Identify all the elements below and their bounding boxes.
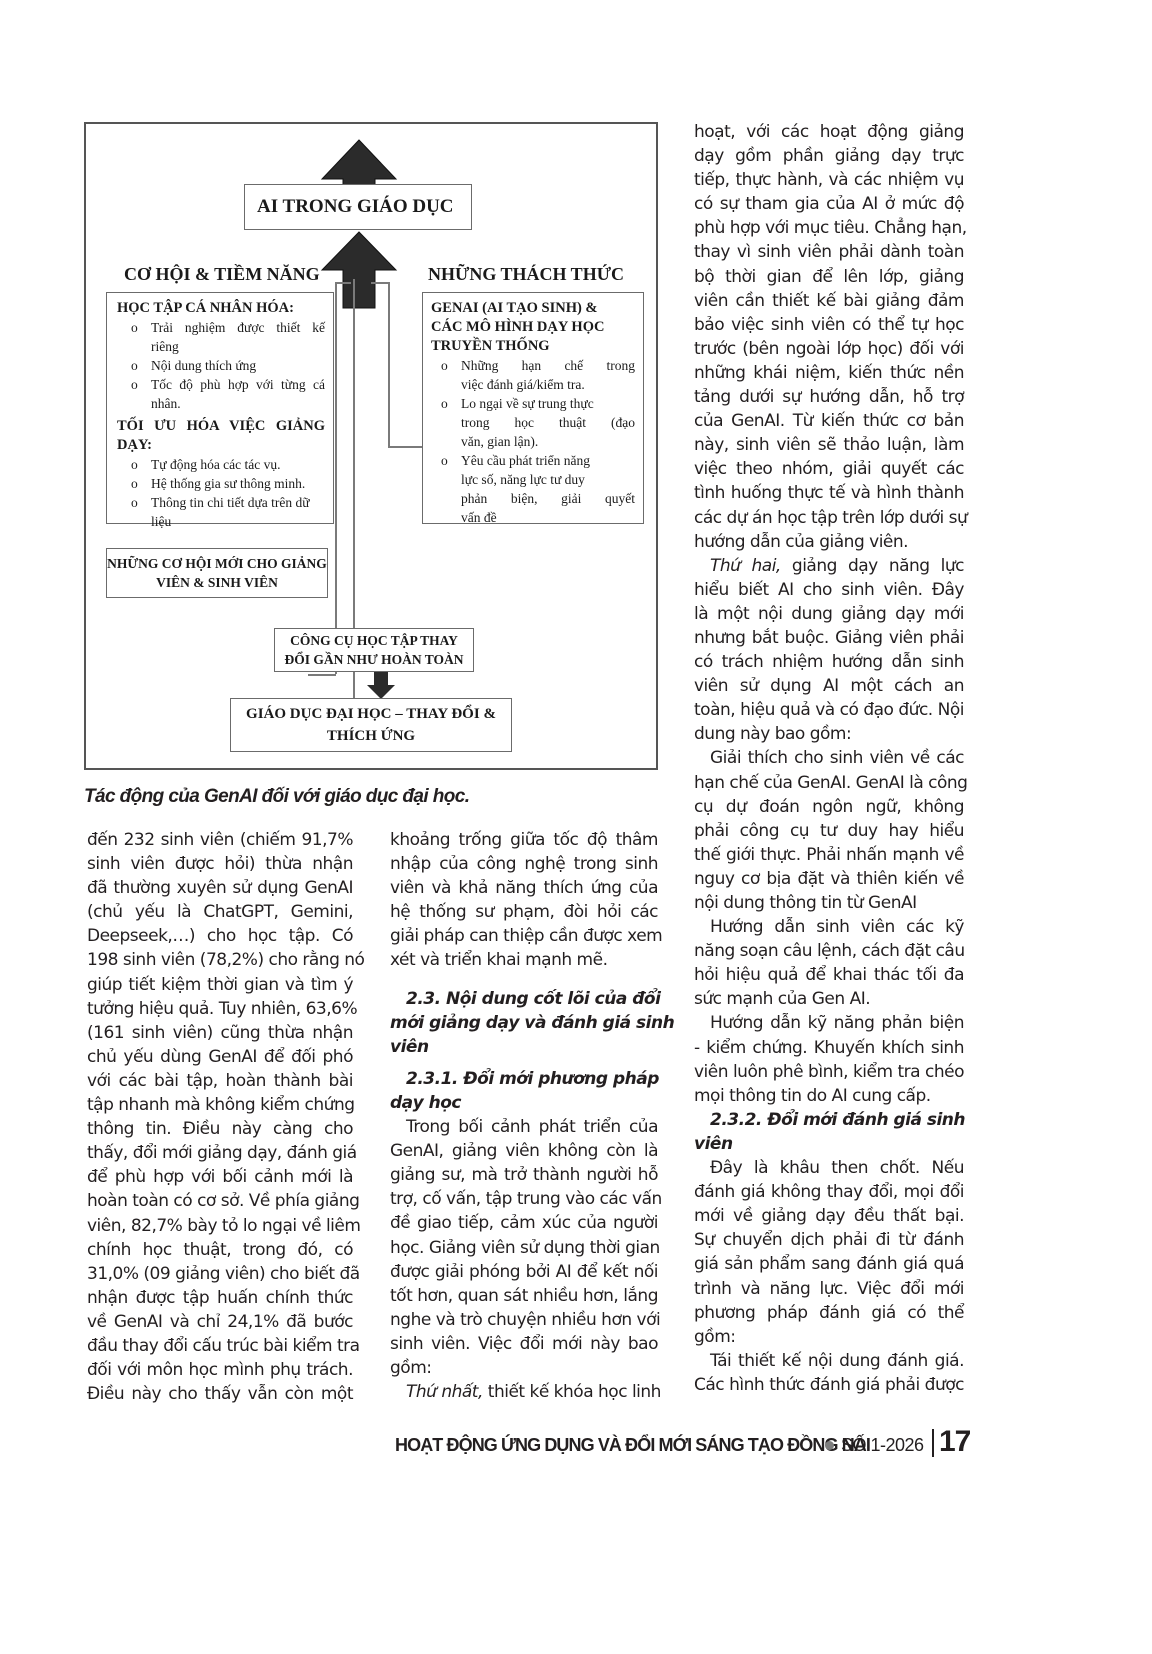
text-line: toàn, hiệu quả và có đạo đức. Nội: [694, 698, 964, 722]
text-line: tiếp, thực hành, và các nhiệm vụ: [694, 168, 964, 192]
ai-in-education-box: AI TRONG GIÁO DỤC: [244, 184, 472, 230]
text-line: giảng sư, mà trở thành người hỗ: [390, 1163, 658, 1187]
text-line: về GenAI và chỉ 24,1% đã bước: [87, 1310, 353, 1334]
text-line: nội dung thông tin từ GenAI: [694, 891, 964, 915]
text-line: hỏi hiệu quả để khai thác tối đa: [694, 963, 964, 987]
personalized-learning-title: HỌC TẬP CÁ NHÂN HÓA:: [117, 299, 325, 318]
text-line: sinh viên. Việc đổi mới này bao: [390, 1332, 658, 1356]
text-line: học. Giảng viên sử dụng thời gian: [390, 1236, 658, 1260]
text-line: viên và khả năng thích ứng của: [390, 876, 658, 900]
text-line: GenAI, giảng viên không còn là: [390, 1139, 658, 1163]
text-line: việc theo nhóm, giải quyết các: [694, 457, 964, 481]
text-line: giải pháp can thiệp cần được xem: [390, 924, 658, 948]
text-line: đề giao tiếp, cảm xúc của người: [390, 1211, 658, 1235]
text-line: đánh giá không thay đổi, mọi đổi: [694, 1180, 964, 1204]
text-line: Các hình thức đánh giá phải được: [694, 1373, 964, 1397]
text-line: tập nhanh mà không kiểm chứng: [87, 1093, 353, 1117]
text-line: tảng dưới sự hướng dẫn, hỗ trợ: [694, 385, 964, 409]
text-line: 198 sinh viên (78,2%) cho rằng nó: [87, 948, 353, 972]
text-line: trợ, cố vấn, tập trung vào các vấn: [390, 1187, 658, 1211]
text-line: đến 232 sinh viên (chiếm 91,7%: [87, 828, 353, 852]
text-line: sức mạnh của Gen AI.: [694, 987, 964, 1011]
text-line: gồm:: [390, 1356, 658, 1380]
text-line: hoàn toàn có cơ sở. Về phía giảng: [87, 1189, 353, 1213]
list-item: oNội dung thích ứng: [117, 356, 325, 375]
text-line: (chủ yếu là ChatGPT, Gemini,: [87, 900, 353, 924]
bullet-icon: o: [131, 356, 138, 375]
text-line: tốt hơn, quan sát nhiều hơn, lắng: [390, 1284, 658, 1308]
higher-education-box: GIÁO DỤC ĐẠI HỌC – THAY ĐỔI & THÍCH ỨNG: [230, 698, 512, 752]
text-line: dung này bao gồm:: [694, 722, 964, 746]
text-line: tình huống thực tế và hình thành: [694, 481, 964, 505]
bullet-icon: o: [131, 474, 138, 493]
section-heading-2-3-2: 2.3.2. Đổi mới đánh giá sinh: [694, 1108, 964, 1132]
text-line: được giải phóng bởi AI để kết nối: [390, 1260, 658, 1284]
bullet-icon: o: [131, 455, 138, 474]
page-footer: HOẠT ĐỘNG ỨNG DỤNG VÀ ĐỔI MỚI SÁNG TẠO Đ…: [395, 1427, 975, 1463]
text-line: - kiểm chứng. Khuyến khích sinh: [694, 1036, 964, 1060]
text-line: chủ yếu dùng GenAI để đối phó: [87, 1045, 353, 1069]
list-item: oNhững hạn chế trongviệc đánh giá/kiểm t…: [431, 356, 635, 394]
section-heading-2-3: viên: [390, 1035, 658, 1059]
text-line: Hướng dẫn kỹ năng phản biện: [694, 1011, 964, 1035]
journal-title: HOẠT ĐỘNG ỨNG DỤNG VÀ ĐỔI MỚI SÁNG TẠO Đ…: [395, 1435, 870, 1456]
column-1: đến 232 sinh viên (chiếm 91,7% sinh viên…: [87, 828, 353, 1406]
list-item: oThông tin chi tiết dựa trên dữliệu: [117, 493, 325, 531]
text-line: hướng dẫn của giảng viên.: [694, 530, 964, 554]
text-line: chính học thuật, trong đó, có: [87, 1238, 353, 1262]
connector-line: [335, 282, 351, 284]
text-line: Hướng dẫn sinh viên các kỹ: [694, 915, 964, 939]
column-2: khoảng trống giữa tốc độ thâm nhập của c…: [390, 828, 658, 1404]
connector-line: [308, 674, 336, 676]
text-line: nguy cơ bịa đặt và thiên kiến về: [694, 867, 964, 891]
connector-line: [371, 282, 389, 284]
text-line: này, sinh viên sẽ thảo luận, làm: [694, 433, 964, 457]
text-line: những khái niệm, kiến thức nền: [694, 361, 964, 385]
learning-tools-box: CÔNG CỤ HỌC TẬP THAY ĐỔI GẦN NHƯ HOÀN TO…: [274, 628, 474, 672]
connector-line: [388, 446, 424, 448]
text-line: dạy gồm phần giảng dạy trực: [694, 144, 964, 168]
text-line: Sự chuyển dịch phải đi từ đánh: [694, 1228, 964, 1252]
challenges-heading: NHỮNG THÁCH THỨC: [428, 264, 624, 285]
text-line: thay vì sinh viên phải dành toàn: [694, 240, 964, 264]
text-line: Trong bối cảnh phát triển của: [390, 1115, 658, 1139]
text-line: viên, 82,7% bày tỏ lo ngại về liêm: [87, 1214, 353, 1238]
footer-divider: [932, 1429, 934, 1457]
text-line: 31,0% (09 giảng viên) cho biết đã: [87, 1262, 353, 1286]
text-line: giúp tiết kiệm thời gian và tìm ý: [87, 973, 353, 997]
text-line: tưởng hiệu quả. Tuy nhiên, 63,6%: [87, 997, 353, 1021]
text-line: hạn chế của GenAI. GenAI là công: [694, 771, 964, 795]
section-heading-2-3-2: viên: [694, 1132, 964, 1156]
text-line: phương pháp đánh giá có thể: [694, 1301, 964, 1325]
text-line: hệ thống sư phạm, đòi hỏi các: [390, 900, 658, 924]
text-line: thế giới thực. Phải nhấn mạnh về: [694, 843, 964, 867]
bullet-icon: o: [441, 356, 448, 375]
text-line: bộ thời gian để lên lớp, giảng: [694, 265, 964, 289]
text-line: (161 sinh viên) cũng thừa nhận: [87, 1021, 353, 1045]
page-number: 17: [939, 1425, 970, 1459]
text-line: là một nội dung giảng dạy mới: [694, 602, 964, 626]
text-line: nghe và trò chuyện nhiều hơn với: [390, 1308, 658, 1332]
text-line: có sự tham gia của AI ở mức độ: [694, 192, 964, 216]
text-line: phù hợp với mục tiêu. Chẳng hạn,: [694, 216, 964, 240]
text-line: nhận được tập huấn chính thức: [87, 1286, 353, 1310]
list-item: oTốc độ phù hợp với từng cánhân.: [117, 375, 325, 413]
text-line: trước (bên ngoài lớp học) đối với: [694, 337, 964, 361]
opportunities-box: HỌC TẬP CÁ NHÂN HÓA: oTrải nghiệm được t…: [106, 292, 334, 524]
bullet-icon: o: [131, 375, 138, 394]
text-line: Điều này cho thấy vẫn còn một: [87, 1382, 353, 1406]
text-line: các dự án học tập trên lớp dưới sự: [694, 506, 964, 530]
text-line: gồm:: [694, 1325, 964, 1349]
new-opportunities-box: NHỮNG CƠ HỘI MỚI CHO GIẢNG VIÊN & SINH V…: [106, 548, 328, 598]
text-line: mọi thông tin do AI cung cấp.: [694, 1084, 964, 1108]
list-item: oLo ngại về sự trung thựctrong học thuật…: [431, 394, 635, 451]
section-heading-2-3: mới giảng dạy và đánh giá sinh: [390, 1011, 658, 1035]
text-line: viên sử dụng AI một cách an: [694, 674, 964, 698]
text-line: nhưng bắt buộc. Giảng viên phải: [694, 626, 964, 650]
figure-genai-impact-diagram: AI TRONG GIÁO DỤC CƠ HỘI & TIỀM NĂNG NHỮ…: [84, 122, 658, 770]
bullet-icon: o: [441, 394, 448, 413]
connector-line: [335, 282, 337, 674]
text-line: hiểu biết AI cho sinh viên. Đây: [694, 578, 964, 602]
connector-line: [388, 282, 390, 447]
text-line: thông tin. Điều này càng cho: [87, 1117, 353, 1141]
section-heading-2-3-1: 2.3.1. Đổi mới phương pháp: [390, 1067, 658, 1091]
issue-number: SỐ 1-2026: [841, 1435, 924, 1456]
text-line: phải công cụ tư duy hay hiểu: [694, 819, 964, 843]
text-line: bảo việc sinh viên có thể tự học: [694, 313, 964, 337]
text-line: giá sản phẩm sang đánh giá quá: [694, 1252, 964, 1276]
opportunities-heading: CƠ HỘI & TIỀM NĂNG: [124, 264, 320, 285]
text-line: Thứ nhất, thiết kế khóa học linh: [390, 1380, 658, 1404]
text-line: Giải thích cho sinh viên về các: [694, 746, 964, 770]
text-line: sinh viên được hỏi) thừa nhận: [87, 852, 353, 876]
text-line: đầu thay đổi cấu trúc bài kiểm tra: [87, 1334, 353, 1358]
text-line: Deepseek,…) cho học tập. Có: [87, 924, 353, 948]
list-item: oHệ thống gia sư thông minh.: [117, 474, 325, 493]
text-line: của GenAI. Từ kiến thức cơ bản: [694, 409, 964, 433]
list-item: oTrải nghiệm được thiết kếriêng: [117, 318, 325, 356]
genai-traditional-title: GENAI (AI TẠO SINH) &: [431, 299, 635, 318]
bullet-icon: o: [131, 493, 138, 512]
text-line: Thứ hai, giảng dạy năng lực: [694, 554, 964, 578]
text-line: viên cần thiết kế bài giảng đảm: [694, 289, 964, 313]
text-line: đối với môn học mình phụ trách.: [87, 1358, 353, 1382]
section-heading-2-3: 2.3. Nội dung cốt lõi của đổi: [390, 987, 658, 1011]
text-line: trình và năng lực. Việc đổi mới: [694, 1277, 964, 1301]
section-heading-2-3-1: dạy học: [390, 1091, 658, 1115]
bullet-dot-icon: [825, 1441, 834, 1450]
bullet-icon: o: [131, 318, 138, 337]
challenges-box: GENAI (AI TẠO SINH) & CÁC MÔ HÌNH DẠY HỌ…: [422, 292, 644, 524]
text-line: hoạt, với các hoạt động giảng: [694, 120, 964, 144]
text-line: với các bài tập, hoàn thành bài: [87, 1069, 353, 1093]
text-line: mới về giảng dạy đều thất bại.: [694, 1204, 964, 1228]
text-line: nhập của công nghệ trong sinh: [390, 852, 658, 876]
bullet-icon: o: [441, 451, 448, 470]
figure-caption: Tác động của GenAI đối với giáo dục đại …: [84, 786, 469, 808]
text-line: đã thường xuyên sử dụng GenAI: [87, 876, 353, 900]
ai-in-education-label: AI TRONG GIÁO DỤC: [257, 196, 454, 218]
teaching-optimization-title: TỐI ƯU HÓA VIỆC GIẢNG: [117, 417, 325, 436]
text-line: năng soạn câu lệnh, cách đặt câu: [694, 939, 964, 963]
text-line: thấy, đổi mới giảng dạy, đánh giá: [87, 1141, 353, 1165]
text-line: khoảng trống giữa tốc độ thâm: [390, 828, 658, 852]
text-line: Tái thiết kế nội dung đánh giá.: [694, 1349, 964, 1373]
text-line: Đây là khâu then chốt. Nếu: [694, 1156, 964, 1180]
text-line: để phù hợp với bối cảnh mới là: [87, 1165, 353, 1189]
column-3: hoạt, với các hoạt động giảng dạy gồm ph…: [694, 120, 964, 1397]
list-item: oYêu cầu phát triển nănglực số, năng lực…: [431, 451, 635, 527]
text-line: cụ dự đoán ngôn ngữ, không: [694, 795, 964, 819]
text-line: xét và triển khai mạnh mẽ.: [390, 948, 658, 972]
text-line: có trách nhiệm hướng dẫn sinh: [694, 650, 964, 674]
list-item: oTự động hóa các tác vụ.: [117, 455, 325, 474]
text-line: viên luôn phê bình, kiểm tra chéo: [694, 1060, 964, 1084]
